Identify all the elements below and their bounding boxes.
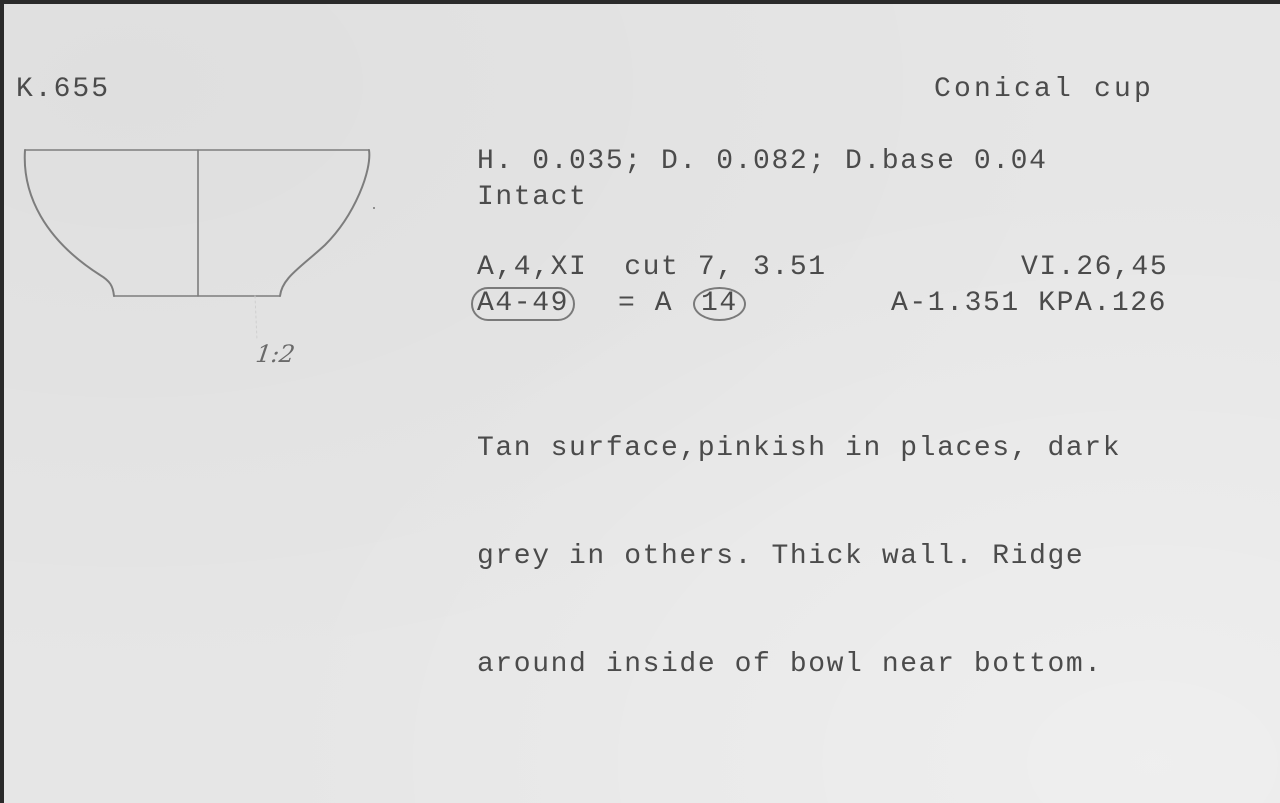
- description-line: around inside of bowl near bottom.: [477, 647, 1121, 683]
- scale-note: 1:2: [254, 340, 297, 368]
- reference-circled-b: 14: [699, 286, 746, 322]
- catalog-number: K.655: [16, 72, 110, 108]
- reference-inventory: A-1.351 KPA.126: [891, 286, 1167, 322]
- dimensions: H. 0.035; D. 0.082; D.base 0.04: [477, 144, 1048, 180]
- circled-mark: A4-49: [471, 287, 575, 321]
- circled-mark: 14: [693, 287, 746, 321]
- object-type: Conical cup: [934, 72, 1154, 108]
- description-line: grey in others. Thick wall. Ridge: [477, 539, 1121, 575]
- condition: Intact: [477, 180, 587, 216]
- description-line: Tan surface,pinkish in places, dark: [477, 431, 1121, 467]
- reference-circled-a: A4-49: [477, 286, 575, 322]
- description: Tan surface,pinkish in places, dark grey…: [477, 359, 1121, 755]
- reference-context: A,4,XI cut 7, 3.51: [477, 250, 827, 286]
- catalog-card: K.655 Conical cup H. 0.035; D. 0.082; D.…: [4, 4, 1280, 803]
- reference-date: VI.26,45: [1021, 250, 1168, 286]
- reference-equals: = A: [618, 286, 673, 322]
